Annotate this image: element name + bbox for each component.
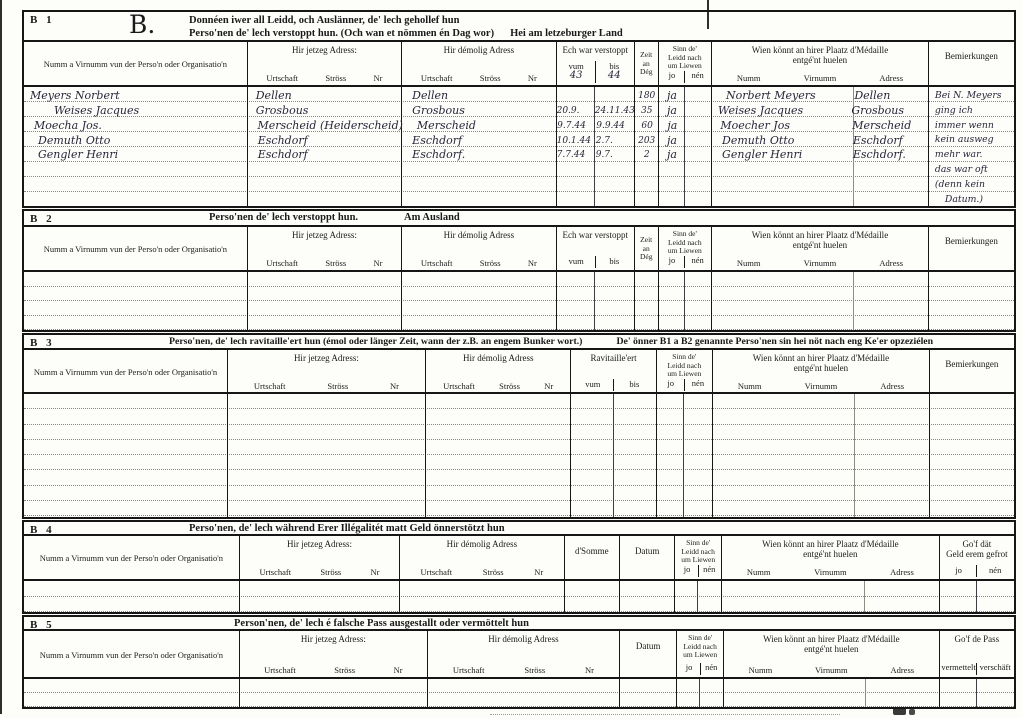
- entry-jetzeg: Eschdorf: [248, 149, 402, 161]
- entry-jo: ja: [659, 105, 686, 117]
- section-b3-title2: De' önner B1 a B2 genannte Perso'nen sin…: [616, 335, 933, 347]
- handwritten-entries: Meyers Norbert Dellen Dellen 180 ja Norb…: [24, 87, 1014, 206]
- section-id: B 3: [24, 335, 129, 349]
- section-b5-header: Numm a Virnumm vun der Perso'n oder Orga…: [24, 631, 1014, 679]
- col-header-name: Numm a Virnumm vun der Perso'n oder Orga…: [24, 42, 248, 85]
- section-b1-titlebar: B 1 B. Donnéen iwer all Leidd, och Auslä…: [24, 12, 1014, 42]
- entry-bis: 2.7.: [596, 135, 635, 147]
- col-header-demolig: Hir démolig Adress UrtschaftStrössNr: [428, 631, 620, 677]
- table-row: Demuth Otto Eschdorf Eschdorf 10.1.442.7…: [24, 132, 1014, 147]
- entry-wien-name: Moecher Jos: [712, 120, 848, 132]
- section-b2: B 2 Perso'nen de' lech verstoppt hun. Am…: [22, 209, 1016, 332]
- col-header-sinn: Sinn de'Leidd nachum Liewen jonén: [659, 227, 712, 270]
- section-b3-titlebar: B 3 Perso'nen, de' lech ravitaille'ert h…: [24, 335, 1014, 350]
- handwritten-year: 44: [608, 71, 621, 81]
- jo-label: jo: [669, 71, 676, 80]
- section-b2-subtitle: Am Ausland: [404, 211, 460, 223]
- entry-vum: 9.7.44: [557, 120, 596, 132]
- title-line2: Perso'nen de' lech verstoppt hun. (Och w…: [189, 28, 494, 39]
- column-borders: [24, 581, 1014, 612]
- stross-label: Ströss: [480, 73, 501, 83]
- section-b4-titlebar: B 4 Perso'nen, de' lech während Erer Ill…: [24, 522, 1014, 536]
- scanned-form-page: B 1 B. Donnéen iwer all Leidd, och Auslä…: [0, 0, 1023, 718]
- col-header-verstoppt: Ech war verstoppt vumbis: [557, 227, 635, 270]
- form-sheet: B 1 B. Donnéen iwer all Leidd, och Auslä…: [22, 10, 1016, 709]
- col-header-zeit: ZeitanDég: [635, 227, 659, 270]
- section-b2-header: Numm a Virnumm vun der Perso'n oder Orga…: [24, 227, 1014, 272]
- table-row: Moecha Jos. Merscheid (Heiderscheid) Mer…: [24, 117, 1014, 132]
- col-header-bemierkungen: Bemierkungen: [929, 42, 1014, 85]
- col-header-somme: d'Somme: [565, 536, 620, 579]
- jetzeg-label: Hir jetzeg Adress:: [249, 45, 400, 55]
- entry-zeit: 35: [635, 105, 659, 117]
- entry-wien-adress: Eschdorf.: [849, 149, 929, 161]
- col-header-wien: Wien könnt an hirer Plaatz d'Médailleent…: [722, 536, 940, 579]
- verstoppt-label: Ech war verstoppt: [558, 45, 633, 55]
- entry-wien-adress: Eschdorf: [849, 135, 929, 147]
- entry-jo: ja: [659, 120, 686, 132]
- col-header-sinn: Sinn de'Leidd nachum Liewen jonén: [657, 350, 713, 393]
- adress-label: Adress: [856, 73, 927, 83]
- section-b1-title: Donnéen iwer all Leidd, och Auslänner, d…: [189, 12, 623, 40]
- entry-zeit: 203: [635, 135, 659, 147]
- section-b3-header: Numm a Virnumm vun der Perso'n oder Orga…: [24, 350, 1014, 394]
- sheet-letter: B.: [129, 12, 189, 38]
- col-header-jetzeg: Hir jetzeg Adress: UrtschaftStrössNr: [228, 350, 426, 393]
- entry-wien-name: Demuth Otto: [712, 135, 849, 147]
- section-b1: B 1 B. Donnéen iwer all Leidd, och Auslä…: [22, 10, 1016, 208]
- entry-jetzeg: Dellen: [248, 90, 402, 102]
- section-b1-header: Numm a Virnumm vun der Perso'n oder Orga…: [24, 42, 1014, 87]
- demolig-label: Hir démolig Adress: [403, 45, 554, 55]
- entry-jetzeg: Eschdorf: [248, 135, 402, 147]
- entry-bis: 24.11.43: [595, 105, 635, 117]
- entry-zeit: 180: [635, 90, 659, 102]
- col-header-wien: Wien könnt an hirer Plaatz d'Médailleent…: [713, 350, 930, 393]
- entry-name: Gengler Henri: [24, 149, 248, 161]
- scan-artifact: [909, 709, 915, 715]
- entry-jetzeg: Merscheid (Heiderscheid): [247, 120, 402, 132]
- entry-wien-adress: Dellen: [850, 90, 929, 102]
- entry-demolig: Eschdorf.: [402, 149, 556, 161]
- nr-label: Nr: [373, 73, 382, 83]
- entry-jo: ja: [659, 90, 686, 102]
- section-b3-body: [24, 394, 1014, 517]
- entry-wien-name: Norbert Meyers: [712, 90, 850, 102]
- column-borders: [24, 679, 1014, 707]
- section-b2-title: Perso'nen de' lech verstoppt hun.: [209, 211, 358, 223]
- col-header-jetzeg: Hir jetzeg Adress: UrtschaftStrössNr: [240, 631, 428, 677]
- entry-name: Moecha Jos.: [24, 120, 247, 132]
- entry-wien-name: Weises Jacques: [712, 105, 847, 117]
- section-id: B 5: [24, 617, 129, 631]
- section-b5-body: [24, 679, 1014, 707]
- table-row: Weises Jacques Grosbous Grosbous 20.9.24…: [24, 102, 1014, 117]
- section-b4-header: Numm a Virnumm vun der Perso'n oder Orga…: [24, 536, 1014, 581]
- section-b2-titlebar: B 2 Perso'nen de' lech verstoppt hun. Am…: [24, 211, 1014, 227]
- col-header-demolig: Hir démolig Adress UrtschaftStrössNr: [400, 536, 564, 579]
- title-location: Hei am letzeburger Land: [510, 28, 623, 39]
- section-b1-body: Meyers Norbert Dellen Dellen 180 ja Norb…: [24, 87, 1014, 206]
- col-header-sinn: Sinn de' Leidd nach um Liewen jo nén: [659, 42, 712, 85]
- scan-artifact: [0, 0, 2, 714]
- column-borders: [24, 272, 1014, 330]
- col-header-demolig: Hir démolig Adress UrtschaftStrössNr: [402, 227, 556, 270]
- entry-demolig: Eschdorf: [402, 135, 556, 147]
- entry-jetzeg: Grosbous: [248, 105, 402, 117]
- numm-label: Numm: [713, 73, 784, 83]
- entry-demolig: Dellen: [402, 90, 556, 102]
- col-header-zeit: Zeit an Dég: [635, 42, 659, 85]
- entry-vum: 20.9.: [557, 105, 595, 117]
- col-header-ravitailleert: Ravitaille'ert vumbis: [571, 350, 656, 393]
- section-b2-body: [24, 272, 1014, 330]
- col-header-gof-pass: Go'f de Pass vermetteltverschäft: [940, 631, 1014, 677]
- col-header-jetzeg: Hir jetzeg Adress: Urtschaft Ströss Nr: [248, 42, 402, 85]
- col-header-sinn: Sinn de'Leidd nachum Liewen jonén: [675, 536, 722, 579]
- col-header-wien: Wien könnt an hirer Plaatz d'Médailleent…: [712, 227, 929, 270]
- entry-jo: ja: [659, 149, 686, 161]
- section-b5-title: Person'nen, de' lech é falsche Pass ausg…: [234, 617, 529, 629]
- col-header-name: Numm a Virnumm vun der Perso'n oder Orga…: [24, 227, 248, 270]
- section-b3-title: Perso'nen, de' lech ravitaille'ert hun (…: [169, 335, 582, 347]
- col-header-datum: Datum: [620, 631, 677, 677]
- column-borders: [24, 394, 1014, 517]
- section-id: B 1: [24, 12, 129, 26]
- entry-wien-adress: Grosbous: [847, 105, 929, 117]
- section-b5: B 5 Person'nen, de' lech é falsche Pass …: [22, 615, 1016, 709]
- col-header-jetzeg: Hir jetzeg Adress: UrtschaftStrössNr: [240, 536, 400, 579]
- table-row: Meyers Norbert Dellen Dellen 180 ja Norb…: [24, 87, 1014, 102]
- col-header-demolig: Hir démolig Adress UrtschaftStrössNr: [426, 350, 572, 393]
- entry-vum: 10.1.44: [557, 135, 596, 147]
- entry-zeit: 60: [635, 120, 659, 132]
- entry-vum: 7.7.44: [557, 149, 596, 161]
- section-id: B 4: [24, 522, 129, 536]
- scan-artifact: [490, 714, 840, 715]
- col-header-bemierkungen: Bemierkungen: [929, 227, 1014, 270]
- entry-bis: 9.9.44: [596, 120, 635, 132]
- col-header-demolig: Hir démolig Adress Urtschaft Ströss Nr: [402, 42, 556, 85]
- col-header-bemierkungen: Bemierkungen: [930, 350, 1014, 393]
- title-line1: Donnéen iwer all Leidd, och Auslänner, d…: [189, 14, 623, 27]
- section-b4-body: [24, 581, 1014, 612]
- col-header-name: Numm a Virnumm vun der Perso'n oder Orga…: [24, 631, 240, 677]
- table-row: Gengler Henri Eschdorf Eschdorf. 7.7.449…: [24, 147, 1014, 162]
- urtschaft-label: Urtschaft: [266, 73, 298, 83]
- entry-demolig: Grosbous: [402, 105, 556, 117]
- col-header-sinn: Sinn de'Leidd nachum Liewen jonén: [677, 631, 724, 677]
- urtschaft-label: Urtschaft: [421, 73, 453, 83]
- virnumm-label: Virnumm: [784, 73, 855, 83]
- col-header-name: Numm a Virnumm vun der Perso'n oder Orga…: [24, 536, 240, 579]
- entry-name: Meyers Norbert: [24, 90, 248, 102]
- section-b4-title: Perso'nen, de' lech während Erer Illégal…: [189, 522, 505, 534]
- entry-zeit: 2: [635, 149, 659, 161]
- entry-demolig: Merscheid: [403, 120, 557, 132]
- section-id: B 2: [24, 211, 129, 225]
- col-header-name: Numm a Virnumm vun der Perso'n oder Orga…: [24, 350, 228, 393]
- nr-label: Nr: [528, 73, 537, 83]
- entry-bis: 9.7.: [596, 149, 635, 161]
- entry-name: Demuth Otto: [24, 135, 248, 147]
- section-b5-titlebar: B 5 Person'nen, de' lech é falsche Pass …: [24, 617, 1014, 631]
- section-b4: B 4 Perso'nen, de' lech während Erer Ill…: [22, 520, 1016, 614]
- entry-name: Weises Jacques: [24, 105, 248, 117]
- stross-label: Ströss: [325, 73, 346, 83]
- entry-wien-adress: Merscheid: [848, 120, 929, 132]
- entry-jo: ja: [659, 135, 686, 147]
- col-header-wien: Wien könnt an hirer Plaatz d'Médailleent…: [724, 631, 940, 677]
- col-header-gof-geld: Go'f dätGeld erem gefrot jonén: [940, 536, 1014, 579]
- remark-note: Bei N. Meyers ging ich immer wenn kein a…: [929, 89, 1014, 206]
- col-header-jetzeg: Hir jetzeg Adress: UrtschaftStrössNr: [248, 227, 402, 270]
- nen-label: nén: [692, 71, 704, 80]
- col-header-verstoppt: Ech war verstoppt vum43 bis44: [557, 42, 635, 85]
- section-b3: B 3 Perso'nen, de' lech ravitaille'ert h…: [22, 333, 1016, 519]
- col-header-datum: Datum: [620, 536, 675, 579]
- entry-wien-name: Gengler Henri: [712, 149, 849, 161]
- col-header-wien: Wien könnt an hirer Plaatz d'Médaille en…: [712, 42, 929, 85]
- wien-label-2: entgé'nt huelen: [713, 55, 927, 65]
- wien-label-1: Wien könnt an hirer Plaatz d'Médaille: [713, 45, 927, 55]
- handwritten-year: 43: [570, 71, 583, 81]
